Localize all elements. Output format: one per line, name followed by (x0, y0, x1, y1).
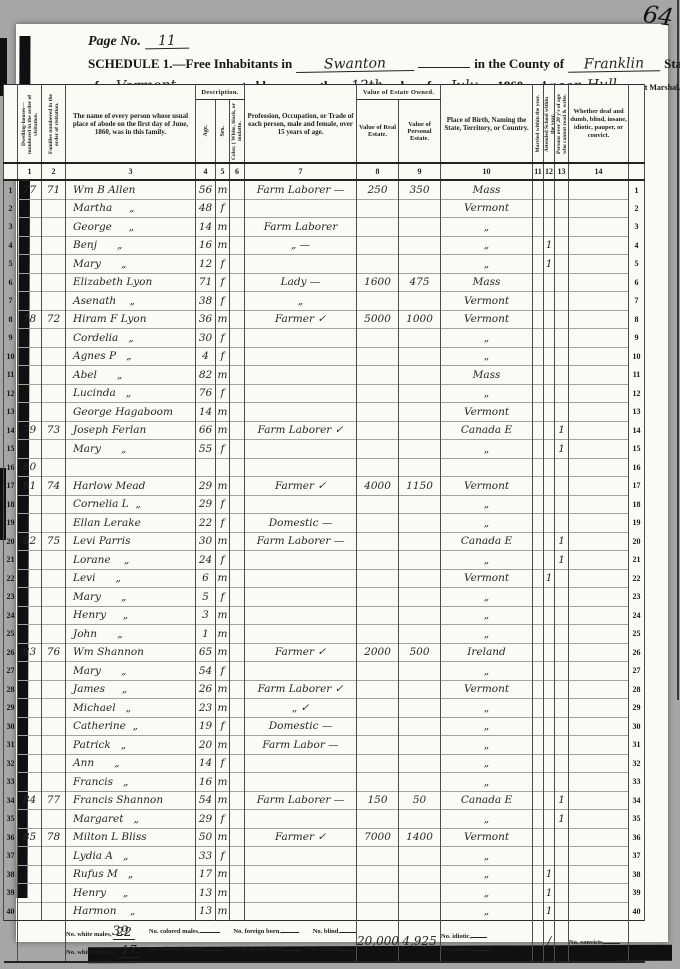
cell-c3: Ann „ (66, 754, 196, 773)
census-table-footer: No. white males, 22 No. colored males, N… (4, 921, 645, 963)
cell-c8 (357, 865, 399, 884)
cell-c3: Mary „ (66, 588, 196, 607)
col-num: 1 (18, 163, 42, 180)
cell-c4: 12 (196, 255, 216, 274)
cell-c7: Farmer ✓ (245, 310, 357, 329)
cell-c12 (544, 662, 555, 681)
personal-estate-total: 4,925 (399, 921, 441, 963)
col-num: 11 (533, 163, 544, 180)
cell-c8 (357, 292, 399, 311)
cell-c12 (544, 292, 555, 311)
cell-c9 (399, 847, 441, 866)
row-number: 11 (629, 366, 645, 385)
cell-c12 (544, 625, 555, 644)
cell-c2 (42, 347, 66, 366)
row-number: 18 (629, 495, 645, 514)
cell-c5: f (216, 199, 230, 218)
col-num: 10 (441, 163, 533, 180)
cell-c9 (399, 366, 441, 385)
cell-c9 (399, 754, 441, 773)
cell-c1 (18, 329, 42, 348)
cell-c6 (230, 403, 245, 422)
row-number: 20 (629, 532, 645, 551)
cell-c9 (399, 717, 441, 736)
cell-c10: „ (441, 384, 533, 403)
cell-c1 (18, 514, 42, 533)
cell-c11 (533, 180, 544, 199)
row-number: 29 (629, 699, 645, 718)
cell-c3: Cordelia „ (66, 329, 196, 348)
row-number: 15 (4, 440, 18, 459)
row-number: 8 (629, 310, 645, 329)
cell-c13: 1 (555, 810, 569, 829)
cell-c9 (399, 532, 441, 551)
footer-tallies: No. white males, 22 No. colored males, N… (66, 921, 357, 963)
cell-c7: Farm Laborer — (245, 791, 357, 810)
cell-c13 (555, 236, 569, 255)
cell-c9 (399, 458, 441, 477)
cell-c3: Lorane „ (66, 551, 196, 570)
cell-c4: 38 (196, 292, 216, 311)
row-number: 10 (629, 347, 645, 366)
cell-c13: 1 (555, 551, 569, 570)
cell-c8 (357, 606, 399, 625)
row-number: 39 (4, 884, 18, 903)
cell-c2 (42, 773, 66, 792)
cell-c9 (399, 569, 441, 588)
cell-c3: Wm Shannon (66, 643, 196, 662)
cell-c2 (42, 440, 66, 459)
census-row: 13George Hagaboom14mVermont13 (4, 403, 645, 422)
cell-c2: 72 (42, 310, 66, 329)
census-row: 368578Milton L Bliss50mFarmer ✓70001400V… (4, 828, 645, 847)
cell-c13 (555, 736, 569, 755)
row-number: 7 (629, 292, 645, 311)
row-number: 12 (629, 384, 645, 403)
cell-c6 (230, 662, 245, 681)
cell-c8 (357, 218, 399, 237)
cell-c6 (230, 828, 245, 847)
cell-c10: Vermont (441, 292, 533, 311)
cell-c2 (42, 717, 66, 736)
row-number: 27 (4, 662, 18, 681)
cell-c8: 150 (357, 791, 399, 810)
cell-c14 (569, 662, 629, 681)
cell-c2 (42, 514, 66, 533)
cell-c2: 77 (42, 791, 66, 810)
cell-c13 (555, 884, 569, 903)
cell-c14 (569, 828, 629, 847)
cell-c4: 65 (196, 643, 216, 662)
cell-c4: 56 (196, 180, 216, 199)
col-married-header: Married within the year. (533, 85, 544, 164)
description-group-header: Description. (196, 85, 245, 100)
row-number: 11 (4, 366, 18, 385)
cell-c7 (245, 865, 357, 884)
cell-c1 (18, 366, 42, 385)
cell-c12 (544, 347, 555, 366)
census-row: 208275Levi Parris30mFarm Laborer —Canada… (4, 532, 645, 551)
cell-c5: m (216, 532, 230, 551)
cell-c8: 2000 (357, 643, 399, 662)
cell-c8 (357, 569, 399, 588)
cell-c1 (18, 218, 42, 237)
cell-c4: 54 (196, 791, 216, 810)
cell-c13 (555, 199, 569, 218)
cell-c2 (42, 273, 66, 292)
cell-c7 (245, 588, 357, 607)
cell-c12 (544, 458, 555, 477)
cell-c13 (555, 477, 569, 496)
row-number: 13 (4, 403, 18, 422)
col-num: 5 (216, 163, 230, 180)
cell-c1 (18, 273, 42, 292)
cell-c6 (230, 440, 245, 459)
census-row: 30Catherine „19fDomestic —„30 (4, 717, 645, 736)
row-number: 9 (629, 329, 645, 348)
cell-c14 (569, 514, 629, 533)
cell-c3: Levi „ (66, 569, 196, 588)
cell-c14 (569, 736, 629, 755)
cell-c4: 66 (196, 421, 216, 440)
cell-c3: Mary „ (66, 662, 196, 681)
row-number: 18 (4, 495, 18, 514)
cell-c10: Vermont (441, 310, 533, 329)
cell-c11 (533, 514, 544, 533)
cell-c12 (544, 218, 555, 237)
idiotic-tally: No. idiotic, (441, 930, 487, 940)
cell-c14 (569, 791, 629, 810)
cell-c6 (230, 625, 245, 644)
cell-c11 (533, 606, 544, 625)
cell-c6 (230, 514, 245, 533)
cell-c3: Henry „ (66, 884, 196, 903)
cell-c1 (18, 551, 42, 570)
cell-c4: 13 (196, 902, 216, 921)
cell-c8 (357, 495, 399, 514)
cell-c1 (18, 865, 42, 884)
cell-c1 (18, 236, 42, 255)
cell-c9 (399, 606, 441, 625)
cell-c9: 1000 (399, 310, 441, 329)
cell-c1 (18, 495, 42, 514)
cell-c11 (533, 403, 544, 422)
cell-c13 (555, 847, 569, 866)
cell-c5: m (216, 403, 230, 422)
cell-c4: 14 (196, 754, 216, 773)
row-number: 23 (4, 588, 18, 607)
col-personal-estate-header: Value of Personal Estate. (399, 100, 441, 164)
census-row: 23Mary „5f„23 (4, 588, 645, 607)
cell-c12 (544, 736, 555, 755)
census-row: 24Henry „3m„24 (4, 606, 645, 625)
census-row: 39Henry „13m„139 (4, 884, 645, 903)
cell-c1 (18, 292, 42, 311)
row-number: 2 (4, 199, 18, 218)
cell-c11 (533, 828, 544, 847)
cell-c3: Wm B Allen (66, 180, 196, 199)
blank-line (418, 56, 470, 68)
cell-c3: Benj „ (66, 236, 196, 255)
cell-c12: 1 (544, 902, 555, 921)
census-row: 40Harmon „13m„140 (4, 902, 645, 921)
cell-c13 (555, 384, 569, 403)
row-number: 3 (4, 218, 18, 237)
cell-c12 (544, 199, 555, 218)
cell-c8: 250 (357, 180, 399, 199)
cell-c3: Harlow Mead (66, 477, 196, 496)
cell-c2 (42, 458, 66, 477)
cell-c9 (399, 662, 441, 681)
cell-c8 (357, 754, 399, 773)
state-label: State (664, 56, 680, 71)
cell-c4: 26 (196, 680, 216, 699)
cell-c2 (42, 366, 66, 385)
cell-c14 (569, 606, 629, 625)
cell-c10: Mass (441, 366, 533, 385)
cell-c12 (544, 773, 555, 792)
row-number: 32 (629, 754, 645, 773)
cell-c4: 3 (196, 606, 216, 625)
cell-c4: 54 (196, 662, 216, 681)
cell-c12 (544, 643, 555, 662)
cell-c6 (230, 180, 245, 199)
cell-c4: 30 (196, 329, 216, 348)
cell-c4: 48 (196, 199, 216, 218)
cell-c7: Farmer ✓ (245, 828, 357, 847)
cell-c14 (569, 865, 629, 884)
cell-c10: Vermont (441, 199, 533, 218)
cell-c8 (357, 680, 399, 699)
cell-c6 (230, 273, 245, 292)
cell-c5: m (216, 736, 230, 755)
cell-c6 (230, 477, 245, 496)
cell-c4: 14 (196, 218, 216, 237)
cell-c10: „ (441, 255, 533, 274)
cell-c14 (569, 902, 629, 921)
cell-c2: 75 (42, 532, 66, 551)
row-number: 40 (4, 902, 18, 921)
cell-c9 (399, 403, 441, 422)
census-row: 33Francis „16m„33 (4, 773, 645, 792)
footer-narrow-mark: ∕ (544, 921, 555, 963)
cell-c12 (544, 366, 555, 385)
col-num: 7 (245, 163, 357, 180)
cell-c5: f (216, 717, 230, 736)
row-number: 31 (4, 736, 18, 755)
row-number: 31 (629, 736, 645, 755)
cell-c7 (245, 199, 357, 218)
row-number: 29 (4, 699, 18, 718)
cell-c3: Rufus M „ (66, 865, 196, 884)
col-remarks-header: Whether deaf and dumb, blind, insane, id… (569, 85, 629, 164)
cell-c13 (555, 588, 569, 607)
cell-c14 (569, 717, 629, 736)
census-row: 348477Francis Shannon54mFarm Laborer —15… (4, 791, 645, 810)
census-row: 21Lorane „24f„121 (4, 551, 645, 570)
cell-c1: 79 (18, 421, 42, 440)
cell-c12 (544, 532, 555, 551)
cell-c2: 71 (42, 180, 66, 199)
insane-tally: No. insane, (310, 943, 357, 958)
cell-c9: 1150 (399, 477, 441, 496)
cell-c5: m (216, 366, 230, 385)
cell-c2 (42, 292, 66, 311)
column-numbers-row: 1 2 3 4 5 6 7 8 9 10 11 12 13 14 (4, 163, 645, 180)
cell-c1: 80 (18, 458, 42, 477)
cell-c11 (533, 551, 544, 570)
cell-c6 (230, 643, 245, 662)
cell-c12: 1 (544, 865, 555, 884)
cell-c6 (230, 236, 245, 255)
cell-c5: f (216, 255, 230, 274)
col-num: 14 (569, 163, 629, 180)
page-no-value: 11 (145, 35, 189, 50)
cell-c5: f (216, 847, 230, 866)
col-num: 4 (196, 163, 216, 180)
row-number: 36 (629, 828, 645, 847)
census-row: 5Mary „12f„15 (4, 255, 645, 274)
cell-c10: „ (441, 551, 533, 570)
cell-c7: Domestic — (245, 514, 357, 533)
cell-c9 (399, 865, 441, 884)
census-row: 87872Hiram F Lyon36mFarmer ✓50001000Verm… (4, 310, 645, 329)
cell-c8 (357, 625, 399, 644)
cell-c8: 1600 (357, 273, 399, 292)
cell-c4: 76 (196, 384, 216, 403)
census-row: 28James „26mFarm Laborer ✓Vermont28 (4, 680, 645, 699)
cell-c3: Catherine „ (66, 717, 196, 736)
cell-c7 (245, 773, 357, 792)
cell-c9 (399, 495, 441, 514)
cell-c14 (569, 625, 629, 644)
cell-c2 (42, 754, 66, 773)
cell-c7 (245, 440, 357, 459)
cell-c4: 4 (196, 347, 216, 366)
cell-c13: 1 (555, 791, 569, 810)
cell-c8 (357, 662, 399, 681)
cell-c4: 16 (196, 773, 216, 792)
cell-c13 (555, 699, 569, 718)
cell-c14 (569, 255, 629, 274)
cell-c8 (357, 773, 399, 792)
cell-c2 (42, 569, 66, 588)
cell-c10: „ (441, 884, 533, 903)
cell-c10 (441, 458, 533, 477)
cell-c1 (18, 662, 42, 681)
census-row: 268376Wm Shannon65mFarmer ✓2000500Irelan… (4, 643, 645, 662)
cell-c13: 1 (555, 440, 569, 459)
cell-c7 (245, 754, 357, 773)
cell-c1: 83 (18, 643, 42, 662)
cell-c10: Vermont (441, 680, 533, 699)
cell-c7 (245, 569, 357, 588)
cell-c14 (569, 680, 629, 699)
cell-c3: George Hagaboom (66, 403, 196, 422)
cell-c12: 1 (544, 569, 555, 588)
cell-c10: „ (441, 736, 533, 755)
cell-c8 (357, 736, 399, 755)
cell-c11 (533, 588, 544, 607)
cell-c6 (230, 606, 245, 625)
cell-c14 (569, 569, 629, 588)
cell-c9 (399, 884, 441, 903)
cell-c6 (230, 218, 245, 237)
cell-c1: 85 (18, 828, 42, 847)
cell-c6 (230, 902, 245, 921)
cell-c2 (42, 699, 66, 718)
page-stamp: 64 (642, 0, 676, 32)
cell-c10: „ (441, 347, 533, 366)
cell-c9 (399, 199, 441, 218)
cell-c1 (18, 569, 42, 588)
cell-c6 (230, 588, 245, 607)
census-row: 27Mary „54f„27 (4, 662, 645, 681)
row-number: 39 (629, 884, 645, 903)
cell-c12 (544, 421, 555, 440)
cell-c6 (230, 699, 245, 718)
cell-c10: „ (441, 514, 533, 533)
cell-c4: 29 (196, 810, 216, 829)
cell-c1: 81 (18, 477, 42, 496)
cell-c9: 1400 (399, 828, 441, 847)
cell-c11 (533, 810, 544, 829)
cell-c9 (399, 514, 441, 533)
cell-c14 (569, 292, 629, 311)
cell-c1 (18, 384, 42, 403)
cell-c2 (42, 236, 66, 255)
cell-c6 (230, 292, 245, 311)
cell-c3: George „ (66, 218, 196, 237)
paupers-tally: No. paupers, (441, 943, 490, 953)
cell-c9 (399, 421, 441, 440)
cell-c12 (544, 791, 555, 810)
cell-c7: „ — (245, 236, 357, 255)
cell-c6 (230, 791, 245, 810)
cell-c7 (245, 329, 357, 348)
row-number: 19 (629, 514, 645, 533)
cell-c2 (42, 218, 66, 237)
cell-c12 (544, 588, 555, 607)
deaf-dumb-tally: No. deaf and dumb, (231, 943, 302, 958)
cell-c6 (230, 366, 245, 385)
census-rows: 17771Wm B Allen56mFarm Laborer —250350Ma… (4, 180, 645, 921)
cell-c2 (42, 736, 66, 755)
cell-c5: f (216, 495, 230, 514)
cell-c11 (533, 717, 544, 736)
cell-c14 (569, 366, 629, 385)
cell-c9: 500 (399, 643, 441, 662)
cell-c7 (245, 366, 357, 385)
cell-c10: „ (441, 810, 533, 829)
row-number: 16 (629, 458, 645, 477)
cell-c1: 78 (18, 310, 42, 329)
cell-c6 (230, 680, 245, 699)
row-number: 1 (629, 180, 645, 199)
census-row: 17771Wm B Allen56mFarm Laborer —250350Ma… (4, 180, 645, 199)
cell-c11 (533, 680, 544, 699)
col-num: 9 (399, 163, 441, 180)
row-number: 26 (4, 643, 18, 662)
cell-c8 (357, 532, 399, 551)
cell-c4: 29 (196, 477, 216, 496)
cell-c4: 82 (196, 366, 216, 385)
cell-c2 (42, 625, 66, 644)
cell-c9 (399, 680, 441, 699)
cell-c13 (555, 329, 569, 348)
cell-c4: 6 (196, 569, 216, 588)
cell-c7 (245, 458, 357, 477)
